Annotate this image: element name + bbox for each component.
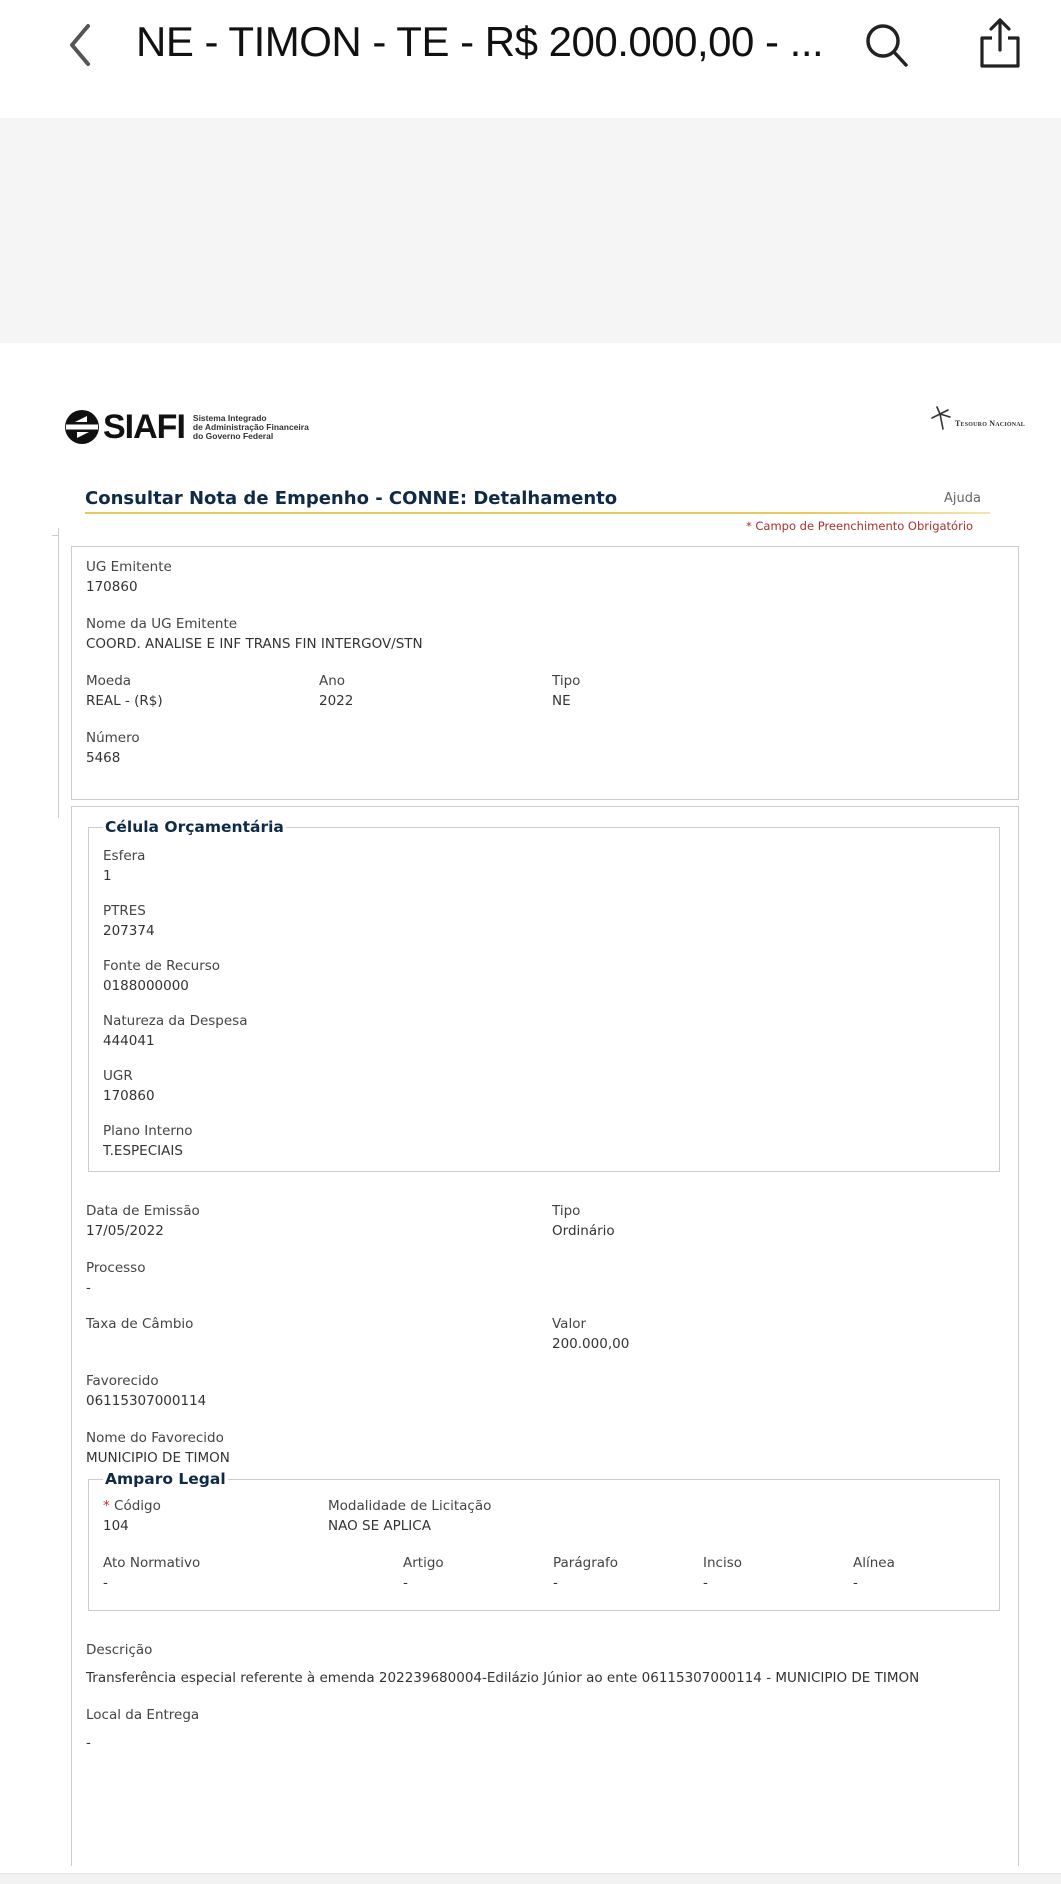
tesouro-wordmark: Tesouro Nacional — [955, 419, 1025, 428]
siafi-logo: SIAFI Sistema Integrado de Administração… — [63, 407, 309, 447]
field-processo: Processo - — [86, 1258, 145, 1298]
amparo-legal-fieldset: Amparo Legal * Código 104 Modalidade de … — [88, 1479, 1000, 1611]
field-tipo-empenho: Tipo Ordinário — [552, 1201, 615, 1241]
field-ptres: PTRES 207374 — [103, 901, 155, 941]
field-fonte-recurso: Fonte de Recurso 0188000000 — [103, 956, 220, 996]
document-page: SIAFI Sistema Integrado de Administração… — [0, 343, 1061, 1873]
celula-orcamentaria-fieldset: Célula Orçamentária Esfera 1 PTRES 20737… — [88, 827, 1000, 1172]
back-button[interactable] — [62, 20, 102, 70]
field-valor: Valor 200.000,00 — [552, 1314, 629, 1354]
field-paragrafo: Parágrafo - — [553, 1553, 618, 1593]
field-nome-ug-emitente: Nome da UG Emitente COORD. ANALISE E INF… — [86, 614, 423, 654]
search-button[interactable] — [862, 20, 912, 70]
field-plano-interno: Plano Interno T.ESPECIAIS — [103, 1121, 193, 1161]
field-natureza-despesa: Natureza da Despesa 444041 — [103, 1011, 247, 1051]
tesouro-nacional-logo: Tesouro Nacional — [928, 406, 1025, 430]
details-panel: Célula Orçamentária Esfera 1 PTRES 20737… — [71, 806, 1019, 1866]
field-descricao: Descrição Transferência especial referen… — [86, 1640, 919, 1688]
field-alinea: Alínea - — [853, 1553, 895, 1593]
amparo-legal-legend: Amparo Legal — [103, 1468, 228, 1490]
field-ano: Ano 2022 — [319, 671, 353, 711]
document-title: NE - TIMON - TE - R$ 200.000,00 - ... — [136, 18, 823, 66]
bottom-edge — [0, 1873, 1061, 1884]
field-ugr: UGR 170860 — [103, 1066, 155, 1106]
frame-edge — [58, 528, 59, 818]
share-icon — [976, 16, 1024, 72]
field-inciso: Inciso - — [703, 1553, 742, 1593]
field-ug-emitente: UG Emitente 170860 — [86, 557, 172, 597]
title-underline — [85, 512, 990, 514]
field-codigo: * Código 104 — [103, 1496, 161, 1536]
field-esfera: Esfera 1 — [103, 846, 145, 886]
field-moeda: Moeda REAL - (R$) — [86, 671, 163, 711]
required-asterisk: * — [103, 1498, 110, 1514]
field-ato-normativo: Ato Normativo - — [103, 1553, 200, 1593]
siafi-wordmark: SIAFI — [103, 410, 185, 444]
frame-edge — [52, 535, 58, 536]
field-taxa-cambio: Taxa de Câmbio — [86, 1314, 193, 1334]
tesouro-star-icon — [928, 406, 954, 430]
help-link[interactable]: Ajuda — [944, 491, 981, 506]
page-title: Consultar Nota de Empenho - CONNE: Detal… — [85, 488, 617, 509]
required-field-note: * Campo de Preenchimento Obrigatório — [746, 519, 973, 533]
field-tipo-ne: Tipo NE — [552, 671, 580, 711]
field-numero: Número 5468 — [86, 728, 140, 768]
field-nome-favorecido: Nome do Favorecido MUNICIPIO DE TIMON — [86, 1428, 230, 1468]
chevron-left-icon — [62, 20, 102, 70]
search-icon — [862, 20, 912, 70]
field-local-entrega: Local da Entrega - — [86, 1705, 199, 1753]
share-button[interactable] — [976, 16, 1024, 72]
field-favorecido: Favorecido 06115307000114 — [86, 1371, 206, 1411]
field-artigo: Artigo - — [403, 1553, 444, 1593]
siafi-emblem-icon — [63, 408, 101, 446]
page-gap — [0, 118, 1061, 343]
field-data-emissao: Data de Emissão 17/05/2022 — [86, 1201, 200, 1241]
siafi-subtitle: Sistema Integrado de Administração Finan… — [193, 414, 309, 441]
identification-panel: UG Emitente 170860 Nome da UG Emitente C… — [71, 546, 1019, 800]
celula-orcamentaria-legend: Célula Orçamentária — [103, 816, 286, 838]
app-bar: NE - TIMON - TE - R$ 200.000,00 - ... — [0, 0, 1061, 118]
field-modalidade-licitacao: Modalidade de Licitação NAO SE APLICA — [328, 1496, 491, 1536]
